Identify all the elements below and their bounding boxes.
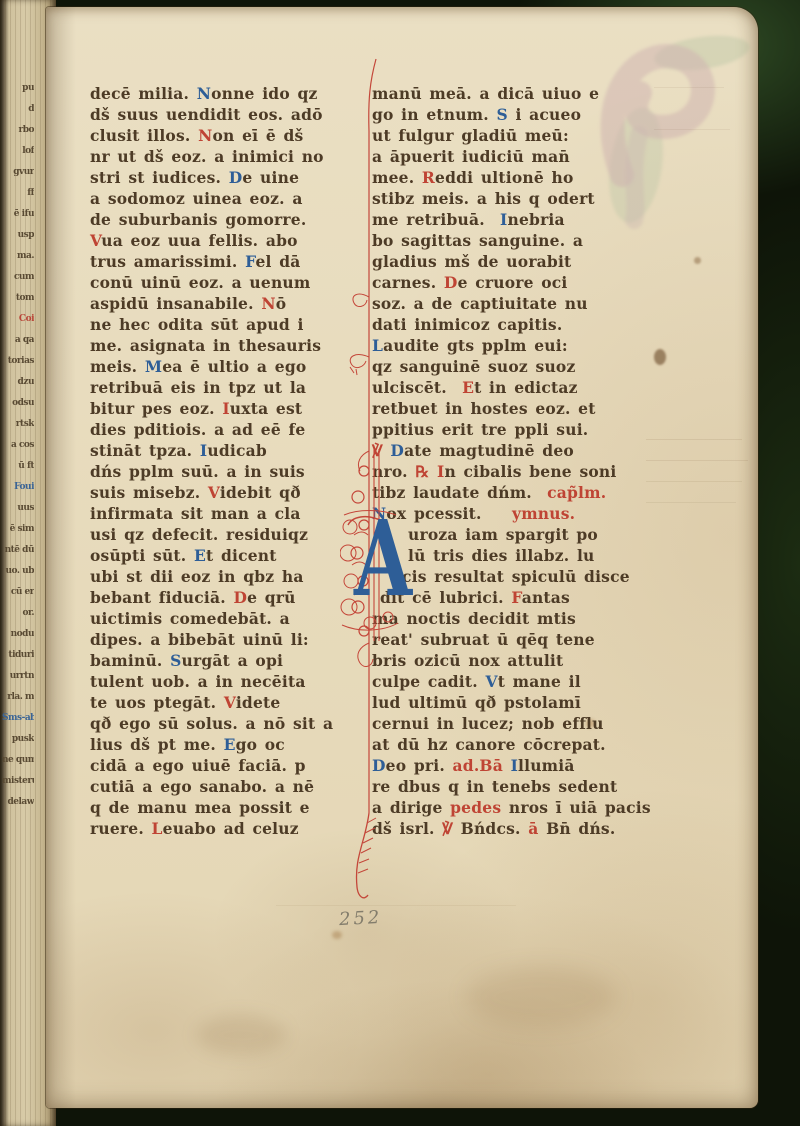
edge-text-fragment: ē ifu <box>2 204 34 225</box>
edge-text-fragment: lof <box>2 141 34 162</box>
edge-text-fragment: or. <box>2 603 34 624</box>
manuscript-text-line: lius dš pt me. Ego oc <box>90 734 366 755</box>
facing-page-text-fragments: pudrbolofgvurffē ifuuspma.cumtomCoia qat… <box>2 78 34 813</box>
edge-text-fragment: tiduri <box>2 645 34 666</box>
manuscript-text-line: ubi st dii eoz in qbz ha <box>90 566 366 587</box>
manuscript-text-line: a sodomoz uinea eoz. a <box>90 188 366 209</box>
manuscript-text-line: qð ego sū solus. a nō sit a <box>90 713 366 734</box>
edge-text-fragment: ē sim <box>2 519 34 540</box>
manuscript-text-line: suis misebz. Videbit qð <box>90 482 366 503</box>
edge-text-fragment: d <box>2 99 34 120</box>
edge-text-fragment: Sms-ab <box>2 708 34 729</box>
manuscript-text-line: uictimis comedebāt. a <box>90 608 366 629</box>
manuscript-text-line: dies pditiois. a ad eē fe <box>90 419 366 440</box>
manuscript-text-line: retribuā eis in tpz ut la <box>90 377 366 398</box>
intercolumn-rule <box>346 51 418 911</box>
manuscript-text-line: nr ut dš eoz. a inimici no <box>90 146 366 167</box>
edge-text-fragment: uo. ub <box>2 561 34 582</box>
manuscript-text-line: clusit illos. Non eī ē dš <box>90 125 366 146</box>
edge-text-fragment: nodu <box>2 624 34 645</box>
edge-text-fragment: dzu <box>2 372 34 393</box>
manuscript-text-line: Vua eoz uua fellis. abo <box>90 230 366 251</box>
manuscript-text-line: tulent uob. a in necēita <box>90 671 366 692</box>
manuscript-text-line: bitur pes eoz. Iuxta est <box>90 398 366 419</box>
manuscript-text-line: infirmata sit man a cla <box>90 503 366 524</box>
edge-text-fragment: gvur <box>2 162 34 183</box>
manuscript-text-line: usi qz defecit. residuiqz <box>90 524 366 545</box>
edge-text-fragment: Foui <box>2 477 34 498</box>
manuscript-text-line: baminū. Surgāt a opi <box>90 650 366 671</box>
edge-text-fragment: uus <box>2 498 34 519</box>
edge-text-fragment: misteru p <box>2 771 34 792</box>
manuscript-text-line: stri st iudices. De uine <box>90 167 366 188</box>
edge-text-fragment: Coi <box>2 309 34 330</box>
manuscript-photo: pudrbolofgvurffē ifuuspma.cumtomCoia qat… <box>0 0 800 1126</box>
edge-text-fragment: torias <box>2 351 34 372</box>
folio-number: 252 <box>338 907 382 930</box>
manuscript-text-line: stināt tpza. Iudicab <box>90 440 366 461</box>
edge-text-fragment: ne qum <box>2 750 34 771</box>
edge-text-fragment: ū ft <box>2 456 34 477</box>
manuscript-text-line: conū uinū eoz. a uenum <box>90 272 366 293</box>
edge-text-fragment: tom <box>2 288 34 309</box>
edge-text-fragment: ma. <box>2 246 34 267</box>
edge-text-fragment: pu <box>2 78 34 99</box>
initial-letter: A <box>354 507 412 611</box>
edge-text-fragment: rbo <box>2 120 34 141</box>
manuscript-text-line: cutiā a ego sanabo. a nē <box>90 776 366 797</box>
edge-text-fragment: rla. m <box>2 687 34 708</box>
edge-text-fragment: cum <box>2 267 34 288</box>
edge-text-fragment: urrtn <box>2 666 34 687</box>
manuscript-text-line: bebant fiduciā. De qrū <box>90 587 366 608</box>
manuscript-text-line: ruere. Leuabo ad celuz <box>90 818 366 839</box>
manuscript-page: decē milia. Nonne ido qzdš suus uendidit… <box>46 7 758 1108</box>
manuscript-text-line: q de manu mea possit e <box>90 797 366 818</box>
manuscript-text-line: dipes. a bibebāt uinū li: <box>90 629 366 650</box>
edge-text-fragment: cū er <box>2 582 34 603</box>
manuscript-text-line: de suburbanis gomorre. <box>90 209 366 230</box>
edge-text-fragment: odsu <box>2 393 34 414</box>
edge-text-fragment: pusk <box>2 729 34 750</box>
edge-text-fragment: delaw <box>2 792 34 813</box>
edge-text-fragment: a qa <box>2 330 34 351</box>
manuscript-text-line: ne hec odita sūt apud i <box>90 314 366 335</box>
manuscript-text-line: decē milia. Nonne ido qz <box>90 83 366 104</box>
manuscript-text-line: dńs pplm suū. a in suis <box>90 461 366 482</box>
edge-text-fragment: rtsk <box>2 414 34 435</box>
manuscript-text-line: cidā a ego uiuē faciā. p <box>90 755 366 776</box>
manuscript-text-line: aspidū insanabile. Nō <box>90 293 366 314</box>
edge-text-fragment: ntē dū <box>2 540 34 561</box>
manuscript-text-line: trus amarissimi. Fel dā <box>90 251 366 272</box>
text-column-left: decē milia. Nonne ido qzdš suus uendidit… <box>90 83 366 839</box>
manuscript-text-line: dš suus uendidit eos. adō <box>90 104 366 125</box>
manuscript-text-line: te uos ptegāt. Videte <box>90 692 366 713</box>
manuscript-text-line: me. asignata in thesauris <box>90 335 366 356</box>
edge-text-fragment: a cos <box>2 435 34 456</box>
manuscript-text-line: meis. Mea ē ultio a ego <box>90 356 366 377</box>
decorated-initial-a: A <box>340 505 402 633</box>
manuscript-text-line: osūpti sūt. Et dicent <box>90 545 366 566</box>
edge-text-fragment: ff <box>2 183 34 204</box>
edge-text-fragment: usp <box>2 225 34 246</box>
